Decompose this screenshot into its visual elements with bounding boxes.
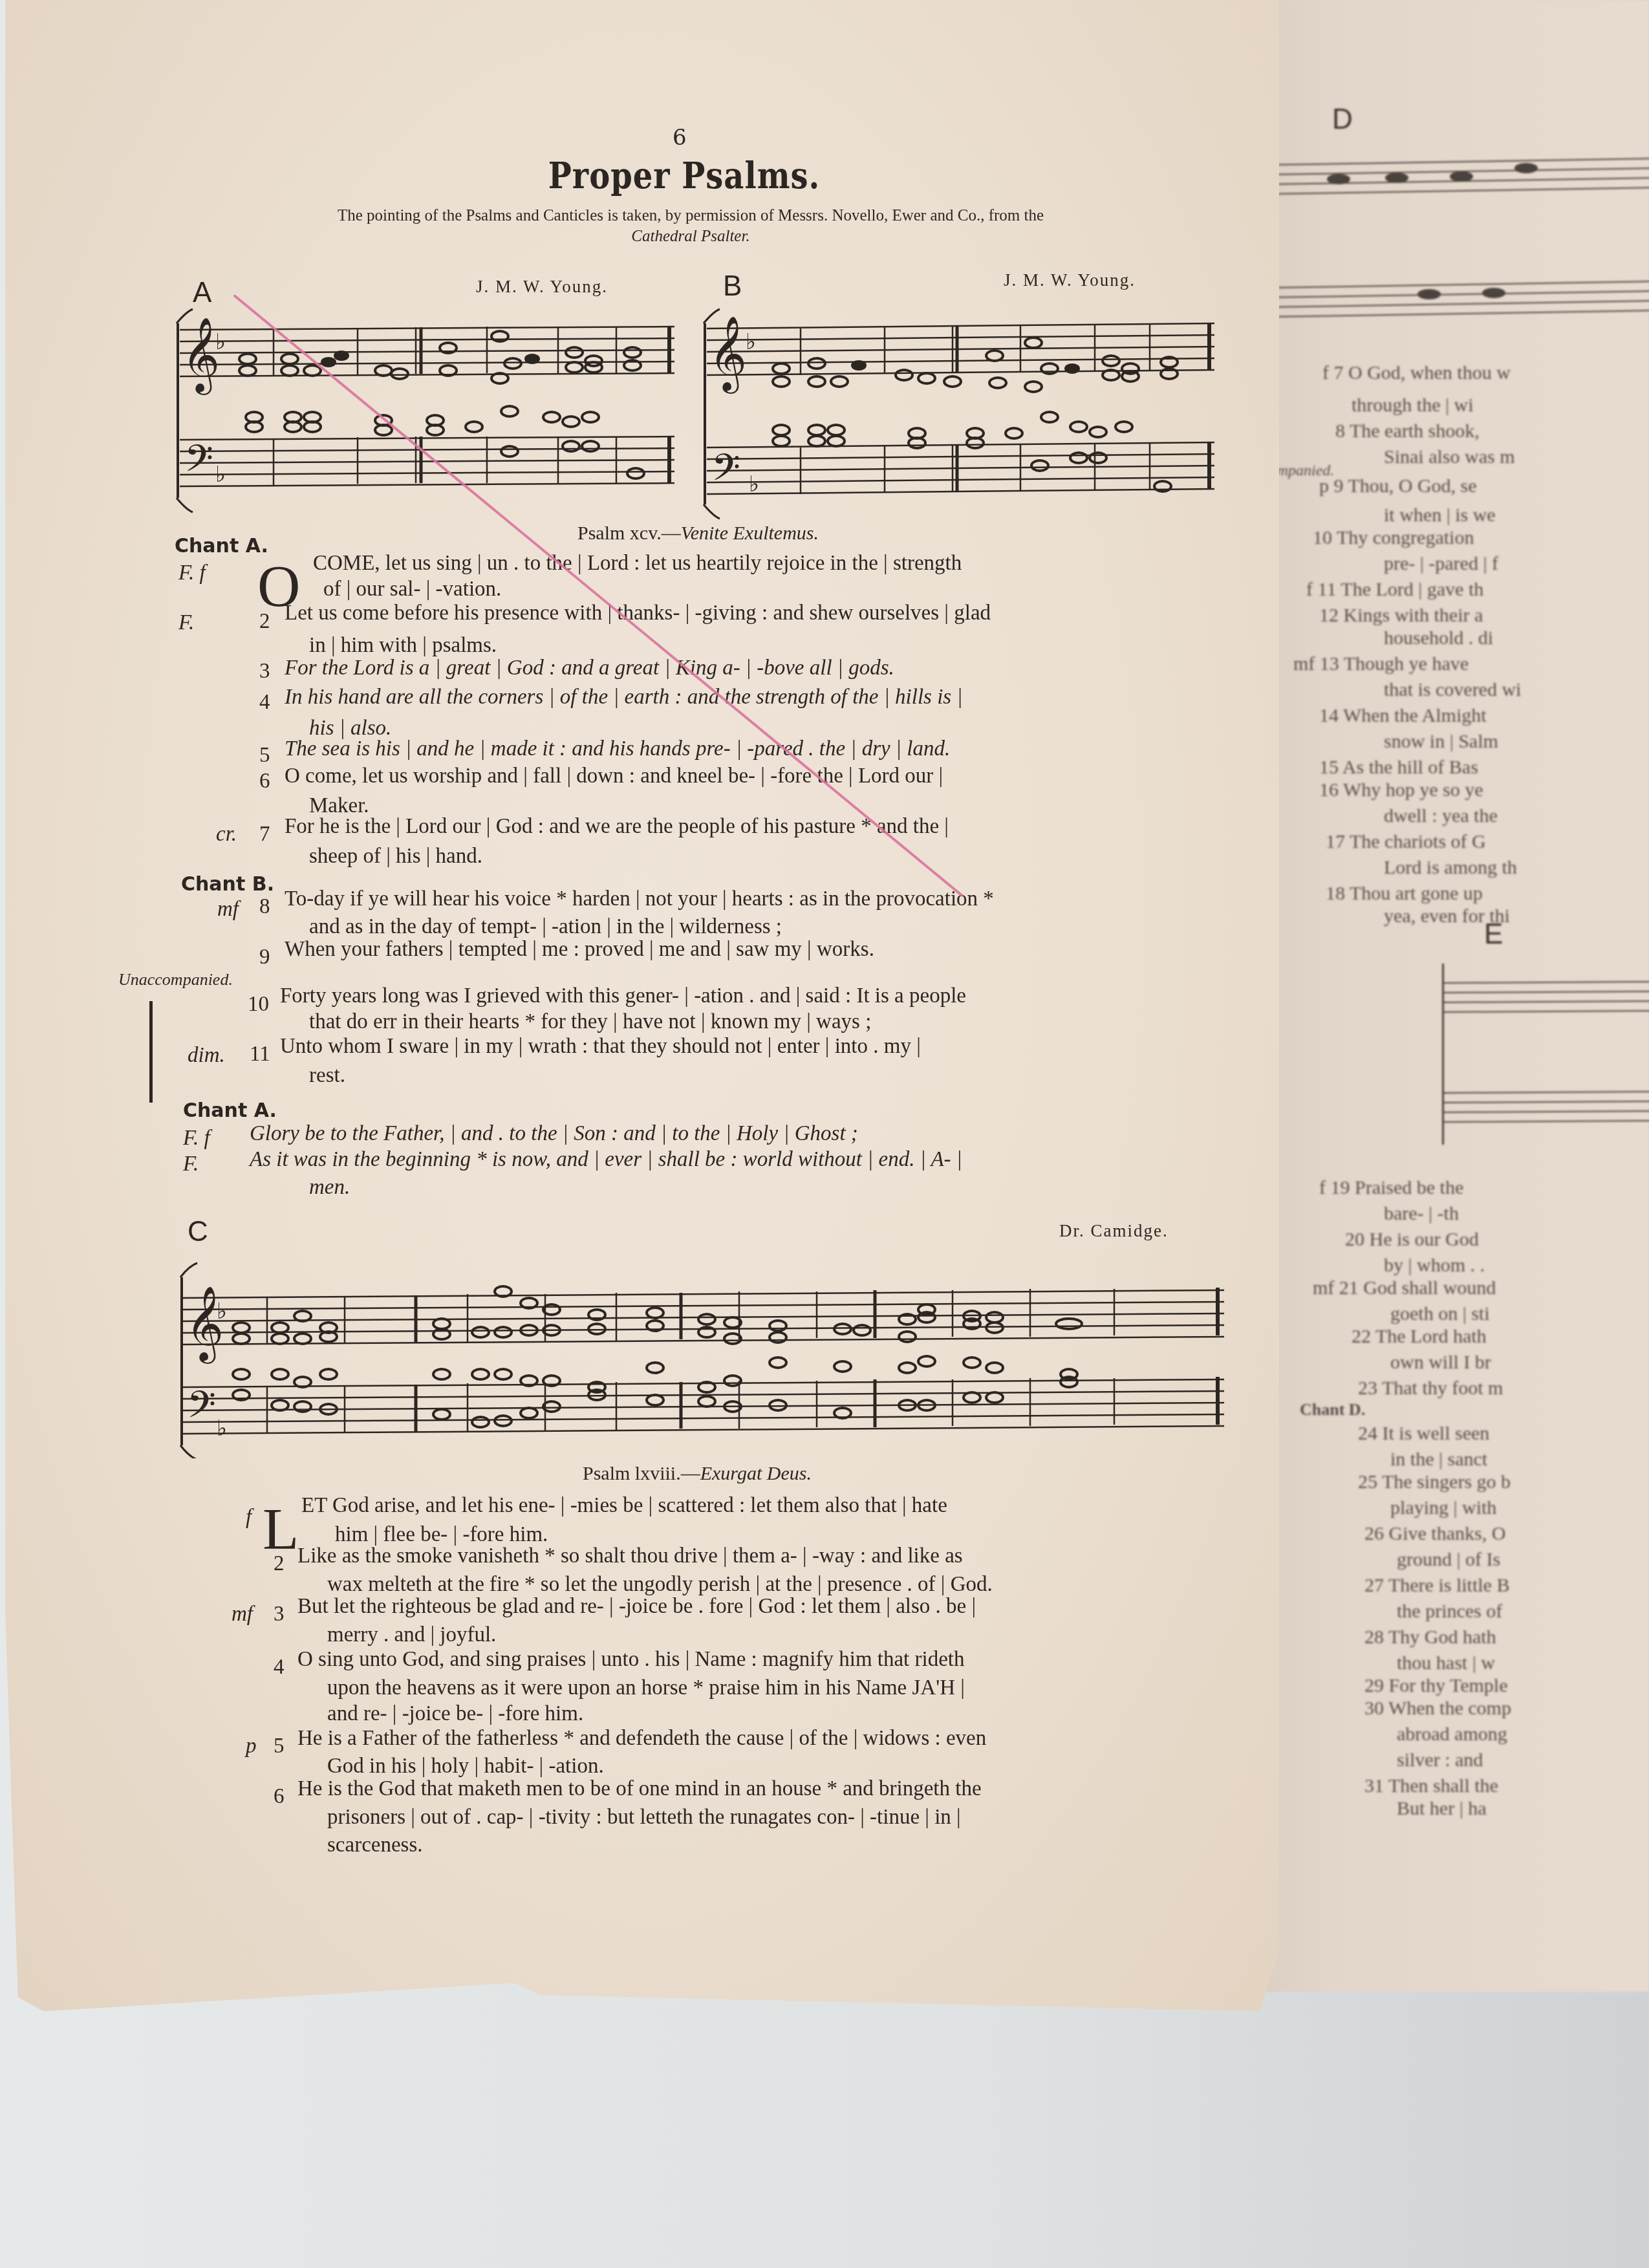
svg-text:♭: ♭ bbox=[217, 1416, 227, 1442]
chant-b-score: 𝄞 𝄢 ♭ ♭ bbox=[697, 304, 1221, 524]
verse-9-line-1: When your fathers | tempted | me : prove… bbox=[285, 938, 874, 962]
svg-text:♭: ♭ bbox=[215, 329, 226, 355]
chant-a-gloria-label: Chant A. bbox=[183, 1099, 277, 1122]
verse-number: 10 bbox=[248, 993, 269, 1017]
p68-verse-6-line-3: scarceness. bbox=[327, 1833, 423, 1857]
chant-d-music bbox=[1267, 139, 1649, 352]
p68-verse-2-line-1: Like as the smoke vanisheth * so shalt t… bbox=[297, 1544, 963, 1568]
dynamic-mark: F. f bbox=[183, 1127, 210, 1150]
dynamic-mark: F. f bbox=[178, 561, 206, 585]
p68-verse-2-line-2: wax melteth at the fire * so let the ung… bbox=[327, 1573, 993, 1597]
verse-number: 4 bbox=[259, 691, 270, 715]
gloria-line-2: As it was in the beginning * is now, and… bbox=[250, 1148, 962, 1172]
verse-8-line-1: To-day if ye will hear his voice * harde… bbox=[285, 887, 994, 911]
verse-number: 9 bbox=[259, 945, 270, 969]
verse-number: 3 bbox=[259, 660, 270, 684]
p68-verse-6-line-2: prisoners | out of . cap- | -tivity : bu… bbox=[327, 1806, 961, 1830]
verse-number: 5 bbox=[259, 744, 270, 768]
right-page-chant-d-label: Chant D. bbox=[1300, 1400, 1365, 1420]
unaccompanied-bracket bbox=[149, 1001, 153, 1103]
verse-number: 6 bbox=[274, 1785, 285, 1809]
dynamic-mark: dim. bbox=[188, 1044, 225, 1068]
gloria-line-1: Glory be to the Father, | and . to the |… bbox=[250, 1122, 858, 1146]
verse-number: 2 bbox=[274, 1552, 285, 1576]
verse-2-line-1: Let us come before his presence with | t… bbox=[285, 601, 991, 625]
chant-b-letter: B bbox=[723, 270, 742, 303]
chant-c-score: 𝄞 𝄢 ♭ ♭ bbox=[177, 1251, 1231, 1458]
svg-text:♭: ♭ bbox=[215, 462, 226, 488]
verse-number: 2 bbox=[259, 610, 270, 634]
verse-10-line-1: Forty years long was I grieved with this… bbox=[280, 984, 966, 1008]
verse-2-line-2: in | him with | psalms. bbox=[309, 634, 497, 658]
p68-verse-4-line-3: and re- | -joice be- | -fore him. bbox=[327, 1702, 583, 1726]
chant-b-composer: J. M. W. Young. bbox=[1004, 270, 1136, 290]
page-title: Proper Psalms. bbox=[5, 156, 1363, 197]
right-page-line: f 7 O God, when thou w bbox=[1322, 362, 1511, 384]
chant-e-letter: E bbox=[1484, 918, 1503, 951]
verse-number: 4 bbox=[274, 1656, 285, 1679]
svg-text:𝄢: 𝄢 bbox=[187, 1383, 216, 1436]
verse-1-line-2: of | our sal- | -vation. bbox=[323, 578, 501, 601]
verse-11-line-2: rest. bbox=[309, 1064, 345, 1088]
page-number: 6 bbox=[673, 125, 687, 151]
verse-4-line-1: In his hand are all the corners | of the… bbox=[285, 686, 963, 709]
verse-3-line-1: For the Lord is a | great | God : and a … bbox=[285, 656, 894, 680]
svg-text:𝄞: 𝄞 bbox=[182, 316, 220, 395]
verse-number: 7 bbox=[259, 823, 270, 847]
svg-text:𝄢: 𝄢 bbox=[184, 437, 213, 490]
dynamic-mark: cr. bbox=[216, 823, 237, 847]
verse-11-line-1: Unto whom I sware | in my | wrath : that… bbox=[280, 1035, 921, 1059]
chant-d-letter: D bbox=[1332, 103, 1353, 136]
psalm-68-heading: Psalm lxviii.—Exurgat Deus. bbox=[583, 1463, 812, 1485]
verse-5-line-1: The sea is his | and he | made it : and … bbox=[285, 737, 950, 761]
unaccompanied-label: Unaccompanied. bbox=[118, 970, 233, 989]
verse-7-line-1: For he is the | Lord our | God : and we … bbox=[285, 815, 949, 839]
chant-e-music bbox=[1442, 957, 1649, 1151]
p68-verse-3-line-1: But let the righteous be glad and re- | … bbox=[297, 1595, 976, 1619]
svg-text:♭: ♭ bbox=[749, 471, 759, 497]
dynamic-mark: f bbox=[246, 1506, 252, 1529]
p68-verse-1-line-2: him | flee be- | -fore him. bbox=[335, 1523, 548, 1547]
dynamic-mark: F. bbox=[183, 1152, 199, 1176]
p68-verse-5-line-1: He is a Father of the fatherless * and d… bbox=[297, 1727, 986, 1751]
verse-10-line-2: that do err in their hearts * for they |… bbox=[309, 1010, 871, 1034]
svg-text:𝄢: 𝄢 bbox=[711, 446, 740, 499]
verse-number: 6 bbox=[259, 770, 270, 794]
dynamic-mark: mf bbox=[232, 1603, 253, 1626]
verse-number: 5 bbox=[274, 1734, 285, 1758]
chant-c-composer: Dr. Camidge. bbox=[1059, 1221, 1169, 1241]
p68-verse-4-line-1: O sing unto God, and sing praises | unto… bbox=[297, 1648, 965, 1672]
page-6: 6 Proper Psalms. The pointing of the Psa… bbox=[5, 0, 1279, 2011]
p68-verse-5-line-2: God in his | holy | habit- | -ation. bbox=[327, 1755, 604, 1778]
svg-text:♭: ♭ bbox=[746, 329, 756, 355]
p68-verse-1-line-1: ET God arise, and let his ene- | -mies b… bbox=[301, 1494, 947, 1518]
p68-verse-6-line-1: He is the God that maketh men to be of o… bbox=[297, 1777, 982, 1801]
facing-page: D f 7 O God, when thou w through the | w… bbox=[1229, 0, 1649, 1992]
dynamic-mark: p bbox=[246, 1734, 257, 1758]
verse-8-line-2: and as in the day of tempt- | -ation | i… bbox=[309, 915, 782, 939]
dynamic-mark: F. bbox=[178, 611, 194, 635]
chant-c-letter: C bbox=[188, 1216, 208, 1248]
svg-text:𝄞: 𝄞 bbox=[186, 1285, 224, 1364]
verse-number: 8 bbox=[259, 895, 270, 919]
chant-a-score: 𝄞 𝄢 ♭ ♭ bbox=[170, 304, 687, 524]
svg-text:𝄞: 𝄞 bbox=[709, 315, 747, 394]
verse-6-line-1: O come, let us worship and | fall | down… bbox=[285, 764, 943, 788]
chant-b-label: Chant B. bbox=[181, 873, 274, 896]
verse-number: 11 bbox=[250, 1042, 270, 1066]
drop-cap: L bbox=[263, 1499, 299, 1559]
pointing-note: The pointing of the Psalms and Canticles… bbox=[199, 206, 1182, 247]
verse-7-line-2: sheep of | his | hand. bbox=[309, 845, 482, 869]
p68-verse-3-line-2: merry . and | joyful. bbox=[327, 1623, 496, 1647]
svg-text:♭: ♭ bbox=[217, 1299, 227, 1324]
chant-a-composer: J. M. W. Young. bbox=[476, 277, 608, 297]
verse-1-line-1: COME, let us sing | un . to the | Lord :… bbox=[313, 552, 962, 576]
psalm-95-heading: Psalm xcv.—Venite Exultemus. bbox=[577, 523, 819, 545]
dynamic-mark: mf bbox=[217, 898, 239, 922]
gloria-line-3: men. bbox=[309, 1176, 350, 1200]
chant-a-label: Chant A. bbox=[175, 535, 268, 557]
verse-number: 3 bbox=[274, 1603, 285, 1626]
p68-verse-4-line-2: upon the heavens as it were upon an hors… bbox=[327, 1676, 965, 1700]
